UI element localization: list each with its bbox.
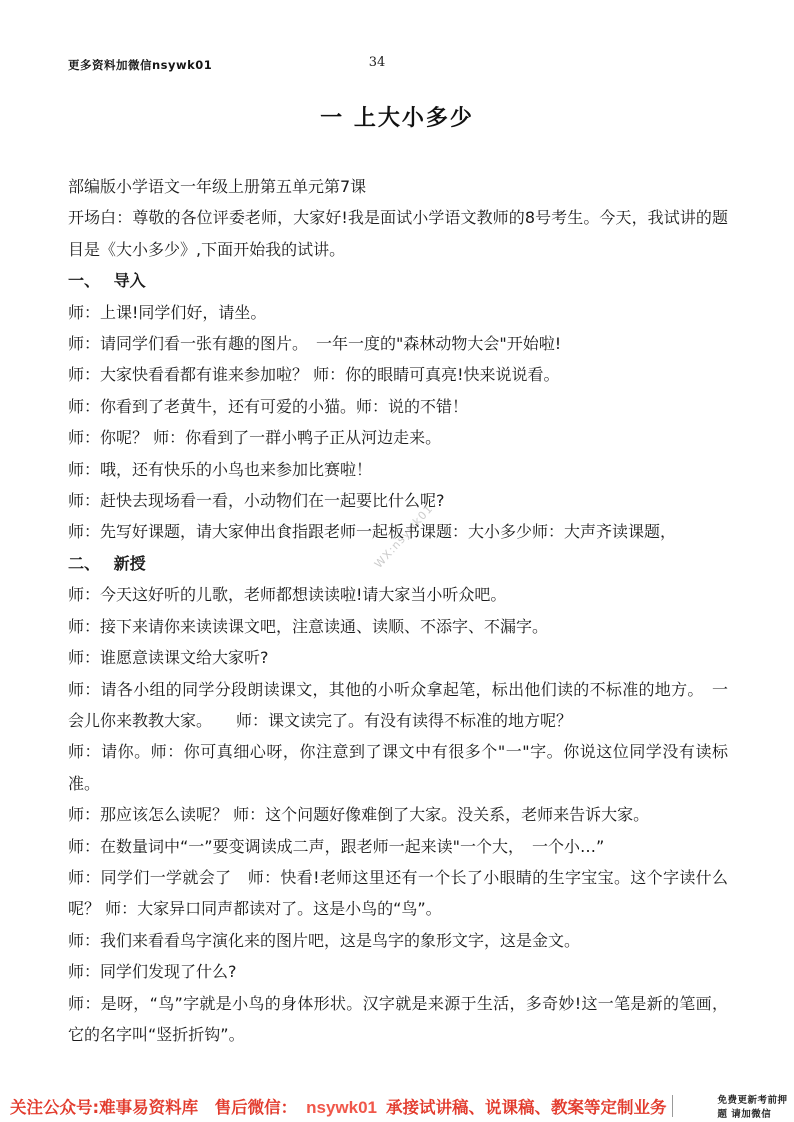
page-number: 34 — [0, 55, 754, 70]
script-line: 师：谁愿意读课文给大家听? — [68, 642, 728, 673]
section-heading: 一、 导入 — [68, 265, 728, 296]
script-line: 师：大家快看看都有谁来参加啦？ 师：你的眼睛可真亮!快来说说看。 — [68, 359, 728, 390]
script-line: 师：在数量词中“一”要变调读成二声，跟老师一起来读"一个大， 一个小…” — [68, 831, 728, 862]
document-page: 更多资料加微信nsywk01 34 一 上大小多少 WX:nsywk01 部编版… — [0, 0, 794, 1122]
script-line: 师：先写好课题，请大家伸出食指跟老师一起板书课题：大小多少师：大声齐读课题， — [68, 516, 728, 547]
script-line: 师：请各小组的同学分段朗读课文，其他的小听众拿起笔，标出他们读的不标准的地方。 … — [68, 674, 728, 737]
footer-divider — [672, 1095, 673, 1117]
script-line: 师：你呢？ 师：你看到了一群小鸭子正从河边走来。 — [68, 422, 728, 453]
section-heading: 二、 新授 — [68, 548, 728, 579]
footer-promo-prefix: 关注公众号:难事易资料库 售后微信： — [10, 1098, 297, 1117]
script-line: 师：今天这好听的儿歌，老师都想读读啦!请大家当小听众吧。 — [68, 579, 728, 610]
script-line: 部编版小学语文一年级上册第五单元第7课 — [68, 171, 728, 202]
script-line: 师：接下来请你来读读课文吧，注意读通、读顺、不添字、不漏字。 — [68, 611, 728, 642]
footer-promo-suffix: 承接试讲稿、说课稿、教案等定制业务 — [386, 1098, 667, 1117]
script-line: 师：赶快去现场看一看，小动物们在一起要比什么呢? — [68, 485, 728, 516]
footer-wechat-id: nsywk01 — [306, 1098, 377, 1117]
script-line: 开场白：尊敬的各位评委老师，大家好!我是面试小学语文教师的8号考生。今天，我试讲… — [68, 202, 728, 265]
footer-promo-banner: 关注公众号:难事易资料库 售后微信：nsywk01承接试讲稿、说课稿、教案等定制… — [10, 1094, 667, 1118]
script-line: 师：请你。师：你可真细心呀，你注意到了课文中有很多个"一"字。你说这位同学没有读… — [68, 736, 728, 799]
script-line: 师：你看到了老黄牛，还有可爱的小猫。师：说的不错！ — [68, 391, 728, 422]
footer-note: 免费更新考前押题 请加微信 — [718, 1092, 794, 1120]
page-title: 一 上大小多少 — [0, 101, 794, 132]
script-line: 师：是呀，“鸟”字就是小鸟的身体形状。汉字就是来源于生活，多奇妙!这一笔是新的笔… — [68, 988, 728, 1051]
footer: 关注公众号:难事易资料库 售后微信：nsywk01承接试讲稿、说课稿、教案等定制… — [10, 1093, 794, 1119]
script-line: 师：哦，还有快乐的小鸟也来参加比赛啦！ — [68, 454, 728, 485]
script-line: 师：我们来看看鸟字演化来的图片吧，这是鸟字的象形文字，这是金文。 — [68, 925, 728, 956]
script-line: 师：那应该怎么读呢？ 师：这个问题好像难倒了大家。没关系，老师来告诉大家。 — [68, 799, 728, 830]
script-line: 师：同学们一学就会了 师：快看!老师这里还有一个长了小眼睛的生字宝宝。这个字读什… — [68, 862, 728, 925]
script-line: 师：请同学们看一张有趣的图片。 一年一度的"森林动物大会"开始啦! — [68, 328, 728, 359]
script-line: 师：上课!同学们好，请坐。 — [68, 297, 728, 328]
script-line: 师：同学们发现了什么? — [68, 956, 728, 987]
lesson-script-body: 部编版小学语文一年级上册第五单元第7课开场白：尊敬的各位评委老师，大家好!我是面… — [68, 171, 728, 1050]
